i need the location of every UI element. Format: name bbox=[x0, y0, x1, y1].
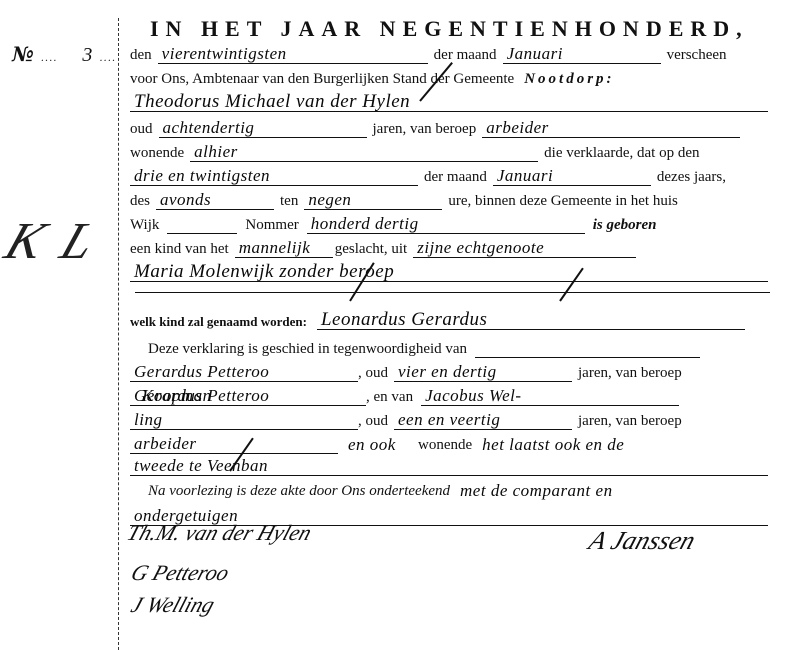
line-witness1: Gerardus Petteroo , oud vier en dertig j… bbox=[130, 356, 770, 382]
register-number-label: № bbox=[12, 42, 34, 66]
register-number: № .... 3 .... bbox=[12, 42, 116, 67]
line-witnesses-intro: Deze verklaring is geschied in tegenwoor… bbox=[148, 332, 788, 358]
signature-registrar: A Janssen bbox=[585, 526, 699, 556]
signature-declarant: Th.M. van der Hylen bbox=[124, 520, 315, 546]
line-witness1-occupation: Gerardus Petteroo Koopman , en van Jacob… bbox=[130, 380, 770, 406]
blank-rule bbox=[135, 292, 770, 293]
register-number-value: 3 bbox=[82, 44, 92, 66]
line-birth-time: des avonds ten negen ure, binnen deze Ge… bbox=[130, 184, 770, 210]
line-house-number: Wijk Nommer honderd dertig is geboren bbox=[130, 208, 770, 234]
line-residence-cont: tweede te Veenban bbox=[130, 450, 770, 476]
hw-signed-with: met de comparant en bbox=[456, 482, 719, 500]
text-na-voorlezing: Na voorlezing is deze akte door Ons onde… bbox=[148, 483, 450, 500]
margin-annotation: K L bbox=[0, 212, 107, 271]
margin-rule bbox=[118, 18, 119, 650]
line-mother-name: Maria Molenwijk zonder beroep bbox=[130, 256, 770, 282]
hw-declarant-name: Theodorus Michael van der Hylen bbox=[130, 93, 768, 112]
hw-child-name: Leonardus Gerardus bbox=[317, 311, 745, 330]
line-birth-date: drie en twintigsten der maand Januari de… bbox=[130, 160, 770, 186]
line-declarant-residence: wonende alhier die verklaarde, dat op de… bbox=[130, 136, 770, 162]
line-declarant-age: oud achtendertig jaren, van beroep arbei… bbox=[130, 112, 770, 138]
dots: .... bbox=[99, 53, 116, 64]
hw-mother-name: Maria Molenwijk zonder beroep bbox=[130, 263, 768, 282]
dots: .... bbox=[41, 53, 58, 64]
line-reading-signing: Na voorlezing is deze akte door Ons onde… bbox=[148, 474, 788, 500]
line-date-of-declaration: den vierentwintigsten der maand Januari … bbox=[130, 38, 770, 64]
line-witness2: ling , oud een en veertig jaren, van ber… bbox=[130, 404, 770, 430]
signature-witness2: J Welling bbox=[128, 592, 218, 618]
line-child-name: welk kind zal genaamd worden: Leonardus … bbox=[130, 304, 770, 330]
text-welk-kind: welk kind zal genaamd worden: bbox=[130, 314, 307, 330]
line-declarant-name: Theodorus Michael van der Hylen bbox=[130, 86, 770, 112]
line-child-sex: een kind van het mannelijk geslacht, uit… bbox=[130, 232, 770, 258]
signature-witness1: G Petteroo bbox=[128, 560, 233, 586]
